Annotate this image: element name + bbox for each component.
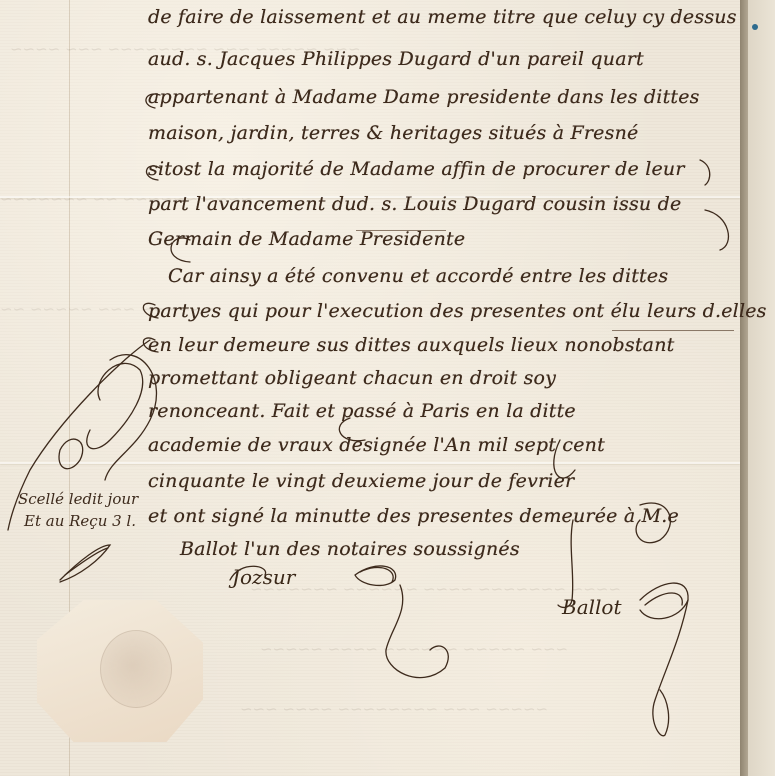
- bleed-through-text: ~~~ ~~~~~ ~~~~~~ ~~~~ ~~~~~: [260, 640, 568, 658]
- text-line: en leur demeure sus dittes auxquels lieu…: [148, 334, 674, 356]
- text-line: Ballot l'un des notaires soussignés: [180, 538, 520, 560]
- text-line: appartenant à Madame Dame presidente dan…: [148, 86, 700, 108]
- text-line: cinquante le vingt deuxieme jour de fevr…: [148, 470, 574, 492]
- text-line: part l'avancement dud. s. Louis Dugard c…: [148, 193, 681, 215]
- text-line: promettant obligeant chacun en droit soy: [148, 367, 556, 389]
- margin-note-line: Et au Reçu 3 l.: [24, 512, 136, 530]
- text-line: Germain de Madame Presidente: [148, 228, 465, 250]
- text-line: et ont signé la minutte des presentes de…: [148, 505, 679, 527]
- filler-rule: [356, 230, 446, 231]
- signature-ballot: Ballot: [562, 595, 622, 619]
- text-line: renonceant. Fait et passé à Paris en la …: [148, 400, 576, 422]
- text-line: academie de vraux designée l'An mil sept…: [148, 434, 605, 456]
- ink-spot: [752, 24, 758, 30]
- page-edge: [740, 0, 748, 776]
- filler-rule: [612, 330, 734, 331]
- seal-impression: [100, 630, 172, 708]
- text-line: sitost la majorité de Madame affin de pr…: [148, 158, 685, 180]
- text-line: aud. s. Jacques Philippes Dugard d'un pa…: [148, 48, 644, 70]
- bleed-through-text: ~~~~~ ~~~ ~~~~~~~~ ~~~~ ~~~: [240, 700, 548, 718]
- adjacent-page-strip: [748, 0, 775, 776]
- text-line: partyes qui pour l'execution des present…: [148, 300, 767, 322]
- signature-jozsur: Jozsur: [232, 565, 295, 589]
- text-line: Car ainsy a été convenu et accordé entre…: [168, 265, 668, 287]
- text-line: maison, jardin, terres & heritages situé…: [148, 122, 638, 144]
- text-line: de faire de laissement et au meme titre …: [148, 6, 737, 28]
- fold-line: [0, 462, 740, 464]
- margin-note-line: Scellé ledit jour: [18, 490, 138, 508]
